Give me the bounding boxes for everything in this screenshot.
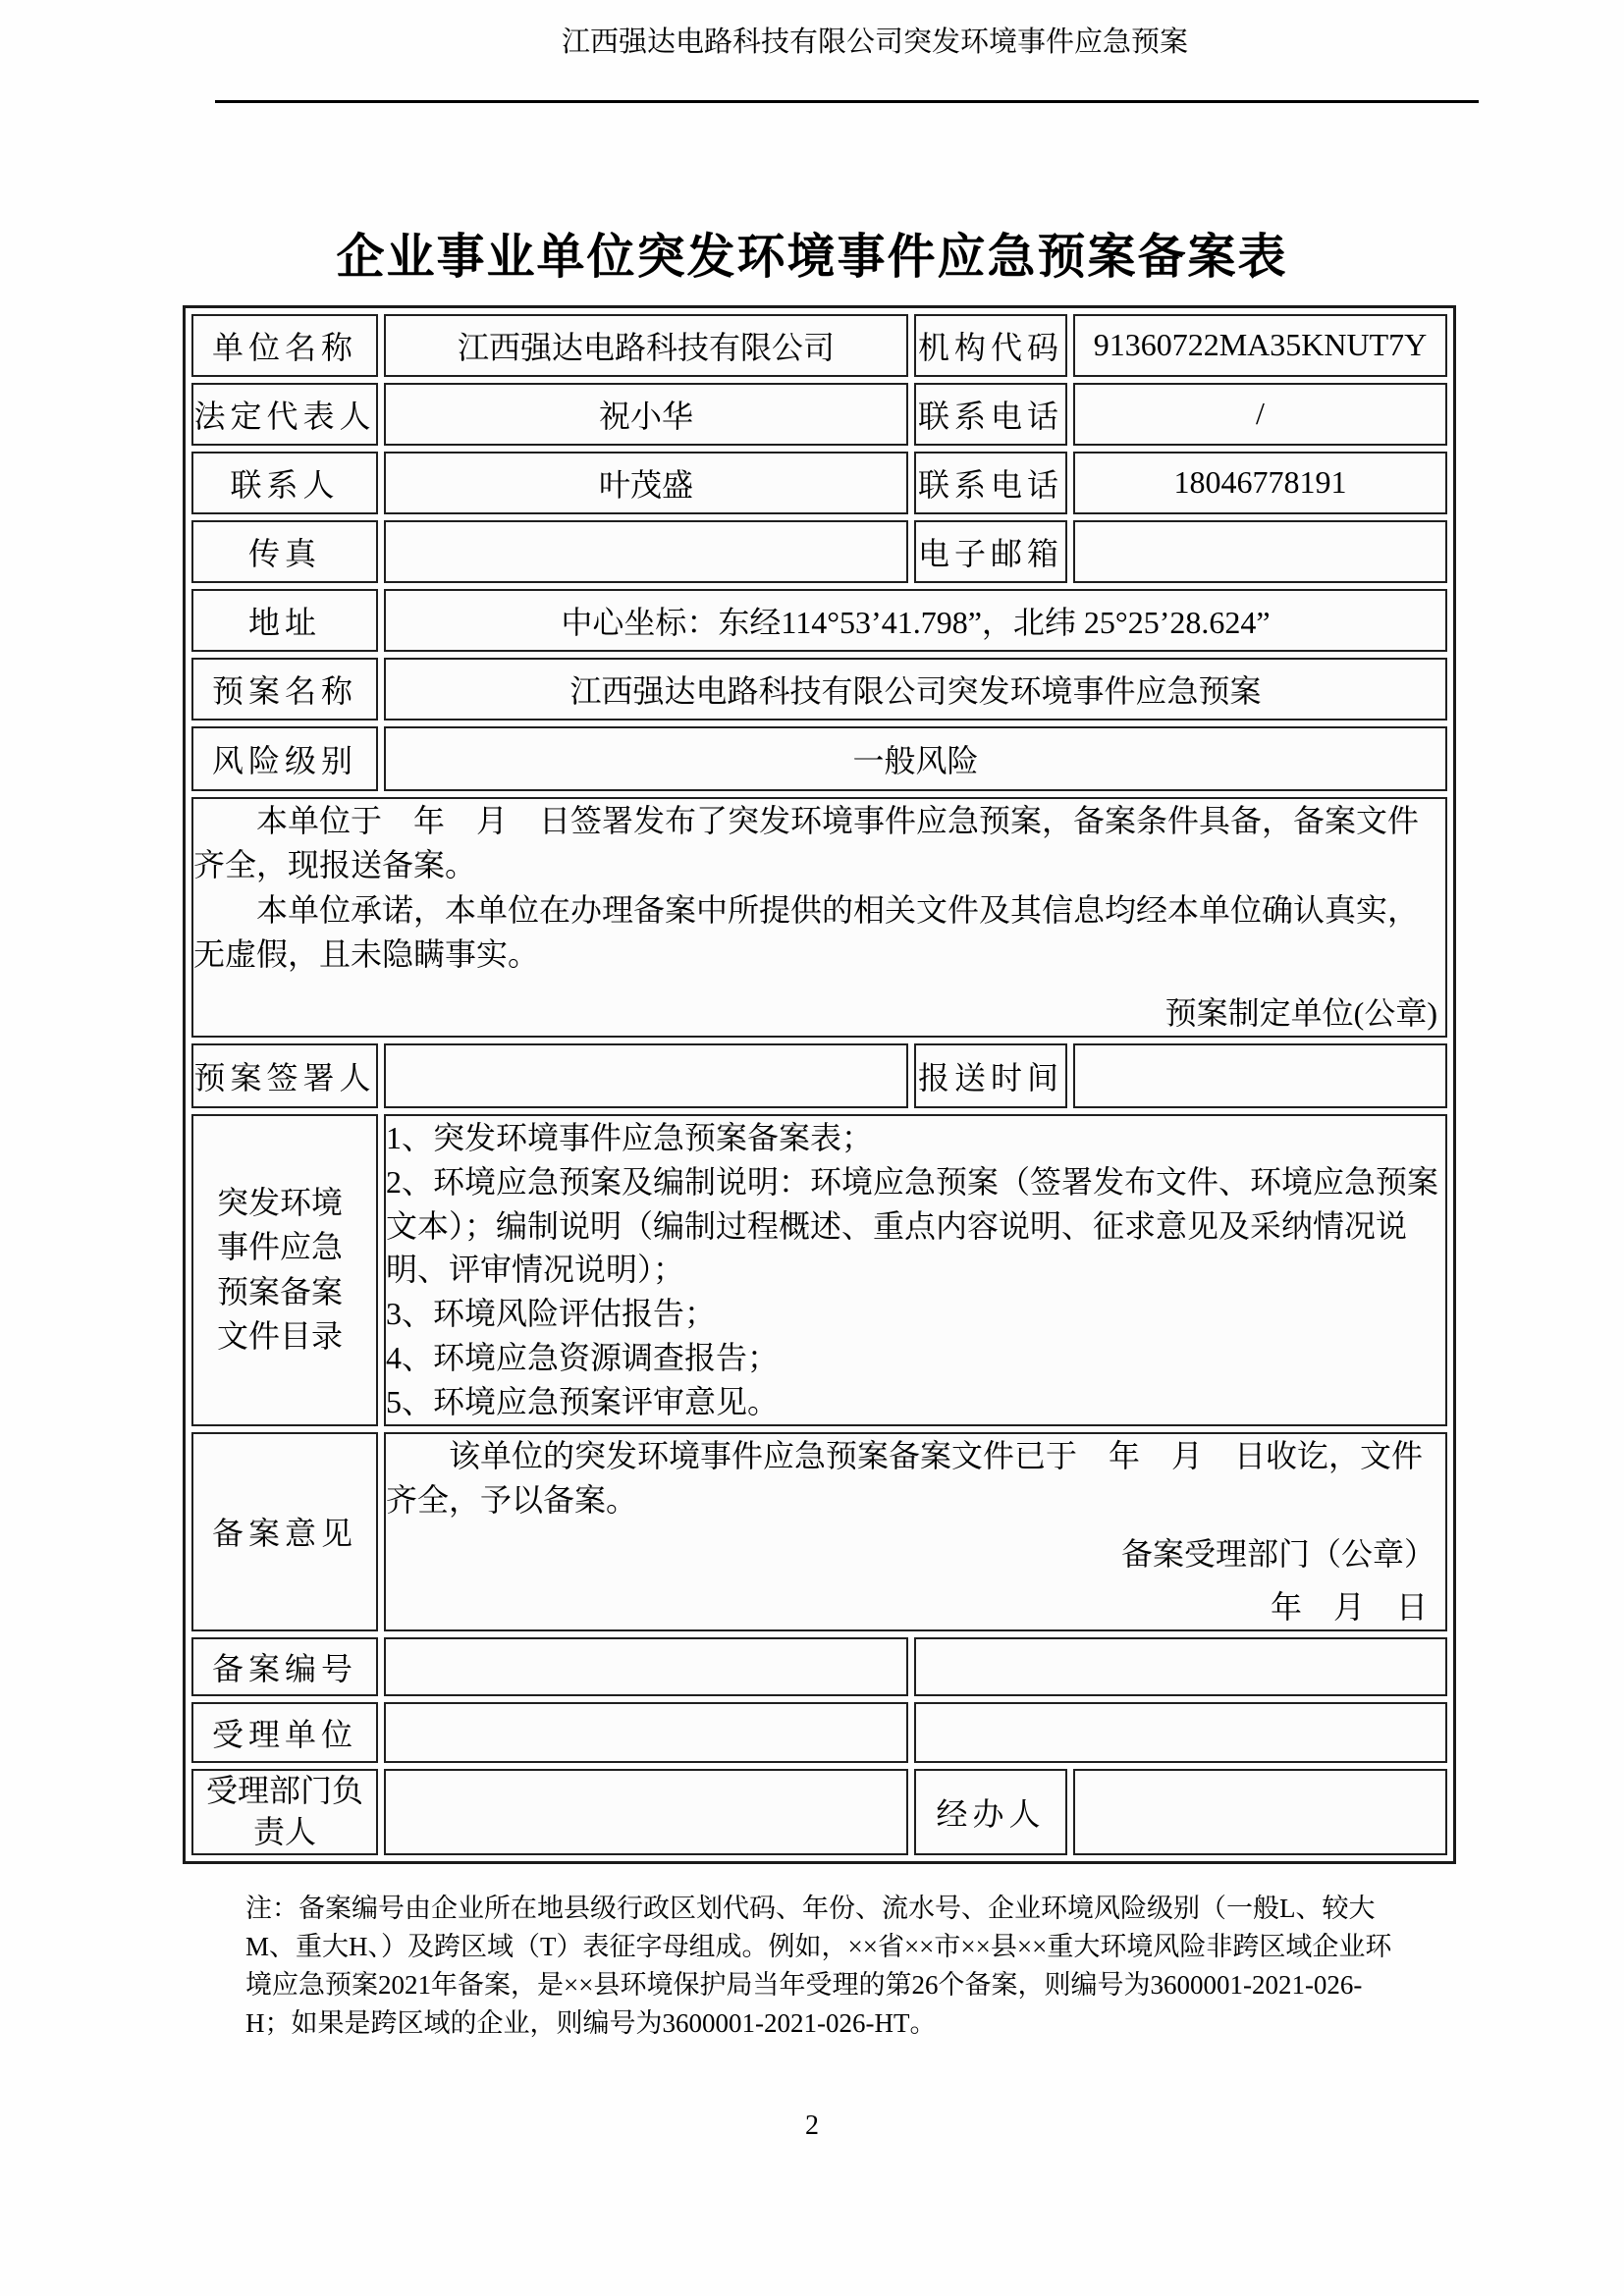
plan-maker-seal-line: 预案制定单位(公章) <box>193 991 1445 1036</box>
row-plan-name: 预案名称 江西强达电路科技有限公司突发环境事件应急预案 <box>191 658 1447 721</box>
row-filing-number: 备案编号 <box>191 1637 1447 1696</box>
row-legal-rep: 法定代表人 祝小华 联系电话 / <box>191 383 1447 446</box>
filing-number-value <box>384 1637 908 1696</box>
email-value <box>1073 520 1447 583</box>
row-catalog: 突发环境事件应急预案备案文件目录 1、突发环境事件应急预案备案表； 2、环境应急… <box>191 1114 1447 1426</box>
declaration-paragraph-2: 本单位承诺，本单位在办理备案中所提供的相关文件及其信息均经本单位确认真实，无虚假… <box>193 888 1445 978</box>
contact-phone-label: 联系电话 <box>914 452 1067 514</box>
accepting-unit-value <box>384 1702 908 1763</box>
row-risk-level: 风险级别 一般风险 <box>191 726 1447 791</box>
plan-name-label: 预案名称 <box>191 658 378 721</box>
contact-value: 叶茂盛 <box>384 452 908 514</box>
accepting-dept-seal-line: 备案受理部门（公章） <box>386 1532 1445 1576</box>
row-dept-head: 受理部门负责人 经办人 <box>191 1769 1447 1854</box>
row-address: 地址 中心坐标：东经114°53’41.798”，北纬 25°25’28.624… <box>191 589 1447 652</box>
catalog-item-5: 5、环境应急预案评审意见。 <box>386 1380 1445 1424</box>
handler-value <box>1073 1769 1447 1854</box>
accepting-unit-label: 受理单位 <box>191 1702 378 1763</box>
catalog-content-cell: 1、突发环境事件应急预案备案表； 2、环境应急预案及编制说明：环境应急预案（签署… <box>384 1114 1447 1426</box>
unit-name-value: 江西强达电路科技有限公司 <box>384 314 908 377</box>
filing-opinion-cell: 该单位的突发环境事件应急预案备案文件已于 年 月 日收讫，文件齐全，予以备案。 … <box>384 1432 1447 1632</box>
row-accepting-unit: 受理单位 <box>191 1702 1447 1763</box>
email-label: 电子邮箱 <box>914 520 1067 583</box>
declaration-cell: 本单位于 年 月 日签署发布了突发环境事件应急预案，备案条件具备，备案文件齐全，… <box>191 797 1447 1038</box>
address-value: 中心坐标：东经114°53’41.798”，北纬 25°25’28.624” <box>384 589 1447 652</box>
catalog-item-2: 2、环境应急预案及编制说明：环境应急预案（签署发布文件、环境应急预案文本）；编制… <box>386 1160 1445 1292</box>
row-fax-email: 传真 电子邮箱 <box>191 520 1447 583</box>
dept-head-value <box>384 1769 908 1854</box>
header-rule <box>215 100 1479 103</box>
catalog-label: 突发环境事件应急预案备案文件目录 <box>217 1181 352 1360</box>
page-number: 2 <box>0 2110 1624 2142</box>
filing-number-extra-cell <box>914 1637 1447 1696</box>
catalog-item-3: 3、环境风险评估报告； <box>386 1292 1445 1336</box>
submit-time-value <box>1073 1043 1447 1108</box>
filing-opinion-label: 备案意见 <box>191 1432 378 1632</box>
catalog-item-4: 4、环境应急资源调查报告； <box>386 1336 1445 1380</box>
row-signer: 预案签署人 报送时间 <box>191 1043 1447 1108</box>
row-declaration: 本单位于 年 月 日签署发布了突发环境事件应急预案，备案条件具备，备案文件齐全，… <box>191 797 1447 1038</box>
submit-time-label: 报送时间 <box>914 1043 1067 1108</box>
filing-number-note: 注：备案编号由企业所在地县级行政区划代码、年份、流水号、企业环境风险级别（一般L… <box>245 1890 1402 2044</box>
row-filing-opinion: 备案意见 该单位的突发环境事件应急预案备案文件已于 年 月 日收讫，文件齐全，予… <box>191 1432 1447 1632</box>
row-contact: 联系人 叶茂盛 联系电话 18046778191 <box>191 452 1447 514</box>
declaration-paragraph-1: 本单位于 年 月 日签署发布了突发环境事件应急预案，备案条件具备，备案文件齐全，… <box>193 799 1445 888</box>
fax-value <box>384 520 908 583</box>
risk-level-label: 风险级别 <box>191 726 378 791</box>
page-title: 企业事业单位突发环境事件应急预案备案表 <box>0 233 1624 281</box>
filing-form-table: 单位名称 江西强达电路科技有限公司 机构代码 91360722MA35KNUT7… <box>183 305 1456 1864</box>
filing-opinion-text: 该单位的突发环境事件应急预案备案文件已于 年 月 日收讫，文件齐全，予以备案。 <box>386 1434 1445 1523</box>
dept-head-label: 受理部门负责人 <box>191 1769 378 1854</box>
accepting-unit-extra-cell <box>914 1702 1447 1763</box>
unit-name-label: 单位名称 <box>191 314 378 377</box>
row-unit-name: 单位名称 江西强达电路科技有限公司 机构代码 91360722MA35KNUT7… <box>191 314 1447 377</box>
document-page: 江西强达电路科技有限公司突发环境事件应急预案 企业事业单位突发环境事件应急预案备… <box>0 0 1624 2296</box>
address-label: 地址 <box>191 589 378 652</box>
legal-rep-phone-value: / <box>1073 383 1447 446</box>
risk-level-value: 一般风险 <box>384 726 1447 791</box>
signer-value <box>384 1043 908 1108</box>
filing-opinion-date-line: 年 月 日 <box>386 1585 1445 1629</box>
org-code-value: 91360722MA35KNUT7Y <box>1073 314 1447 377</box>
legal-rep-phone-label: 联系电话 <box>914 383 1067 446</box>
signer-label: 预案签署人 <box>191 1043 378 1108</box>
plan-name-value: 江西强达电路科技有限公司突发环境事件应急预案 <box>384 658 1447 721</box>
document-header: 江西强达电路科技有限公司突发环境事件应急预案 <box>0 0 1624 60</box>
legal-rep-label: 法定代表人 <box>191 383 378 446</box>
filing-number-label: 备案编号 <box>191 1637 378 1696</box>
org-code-label: 机构代码 <box>914 314 1067 377</box>
legal-rep-value: 祝小华 <box>384 383 908 446</box>
contact-phone-value: 18046778191 <box>1073 452 1447 514</box>
catalog-item-1: 1、突发环境事件应急预案备案表； <box>386 1116 1445 1160</box>
catalog-label-cell: 突发环境事件应急预案备案文件目录 <box>191 1114 378 1426</box>
fax-label: 传真 <box>191 520 378 583</box>
contact-label: 联系人 <box>191 452 378 514</box>
handler-label: 经办人 <box>914 1769 1067 1854</box>
